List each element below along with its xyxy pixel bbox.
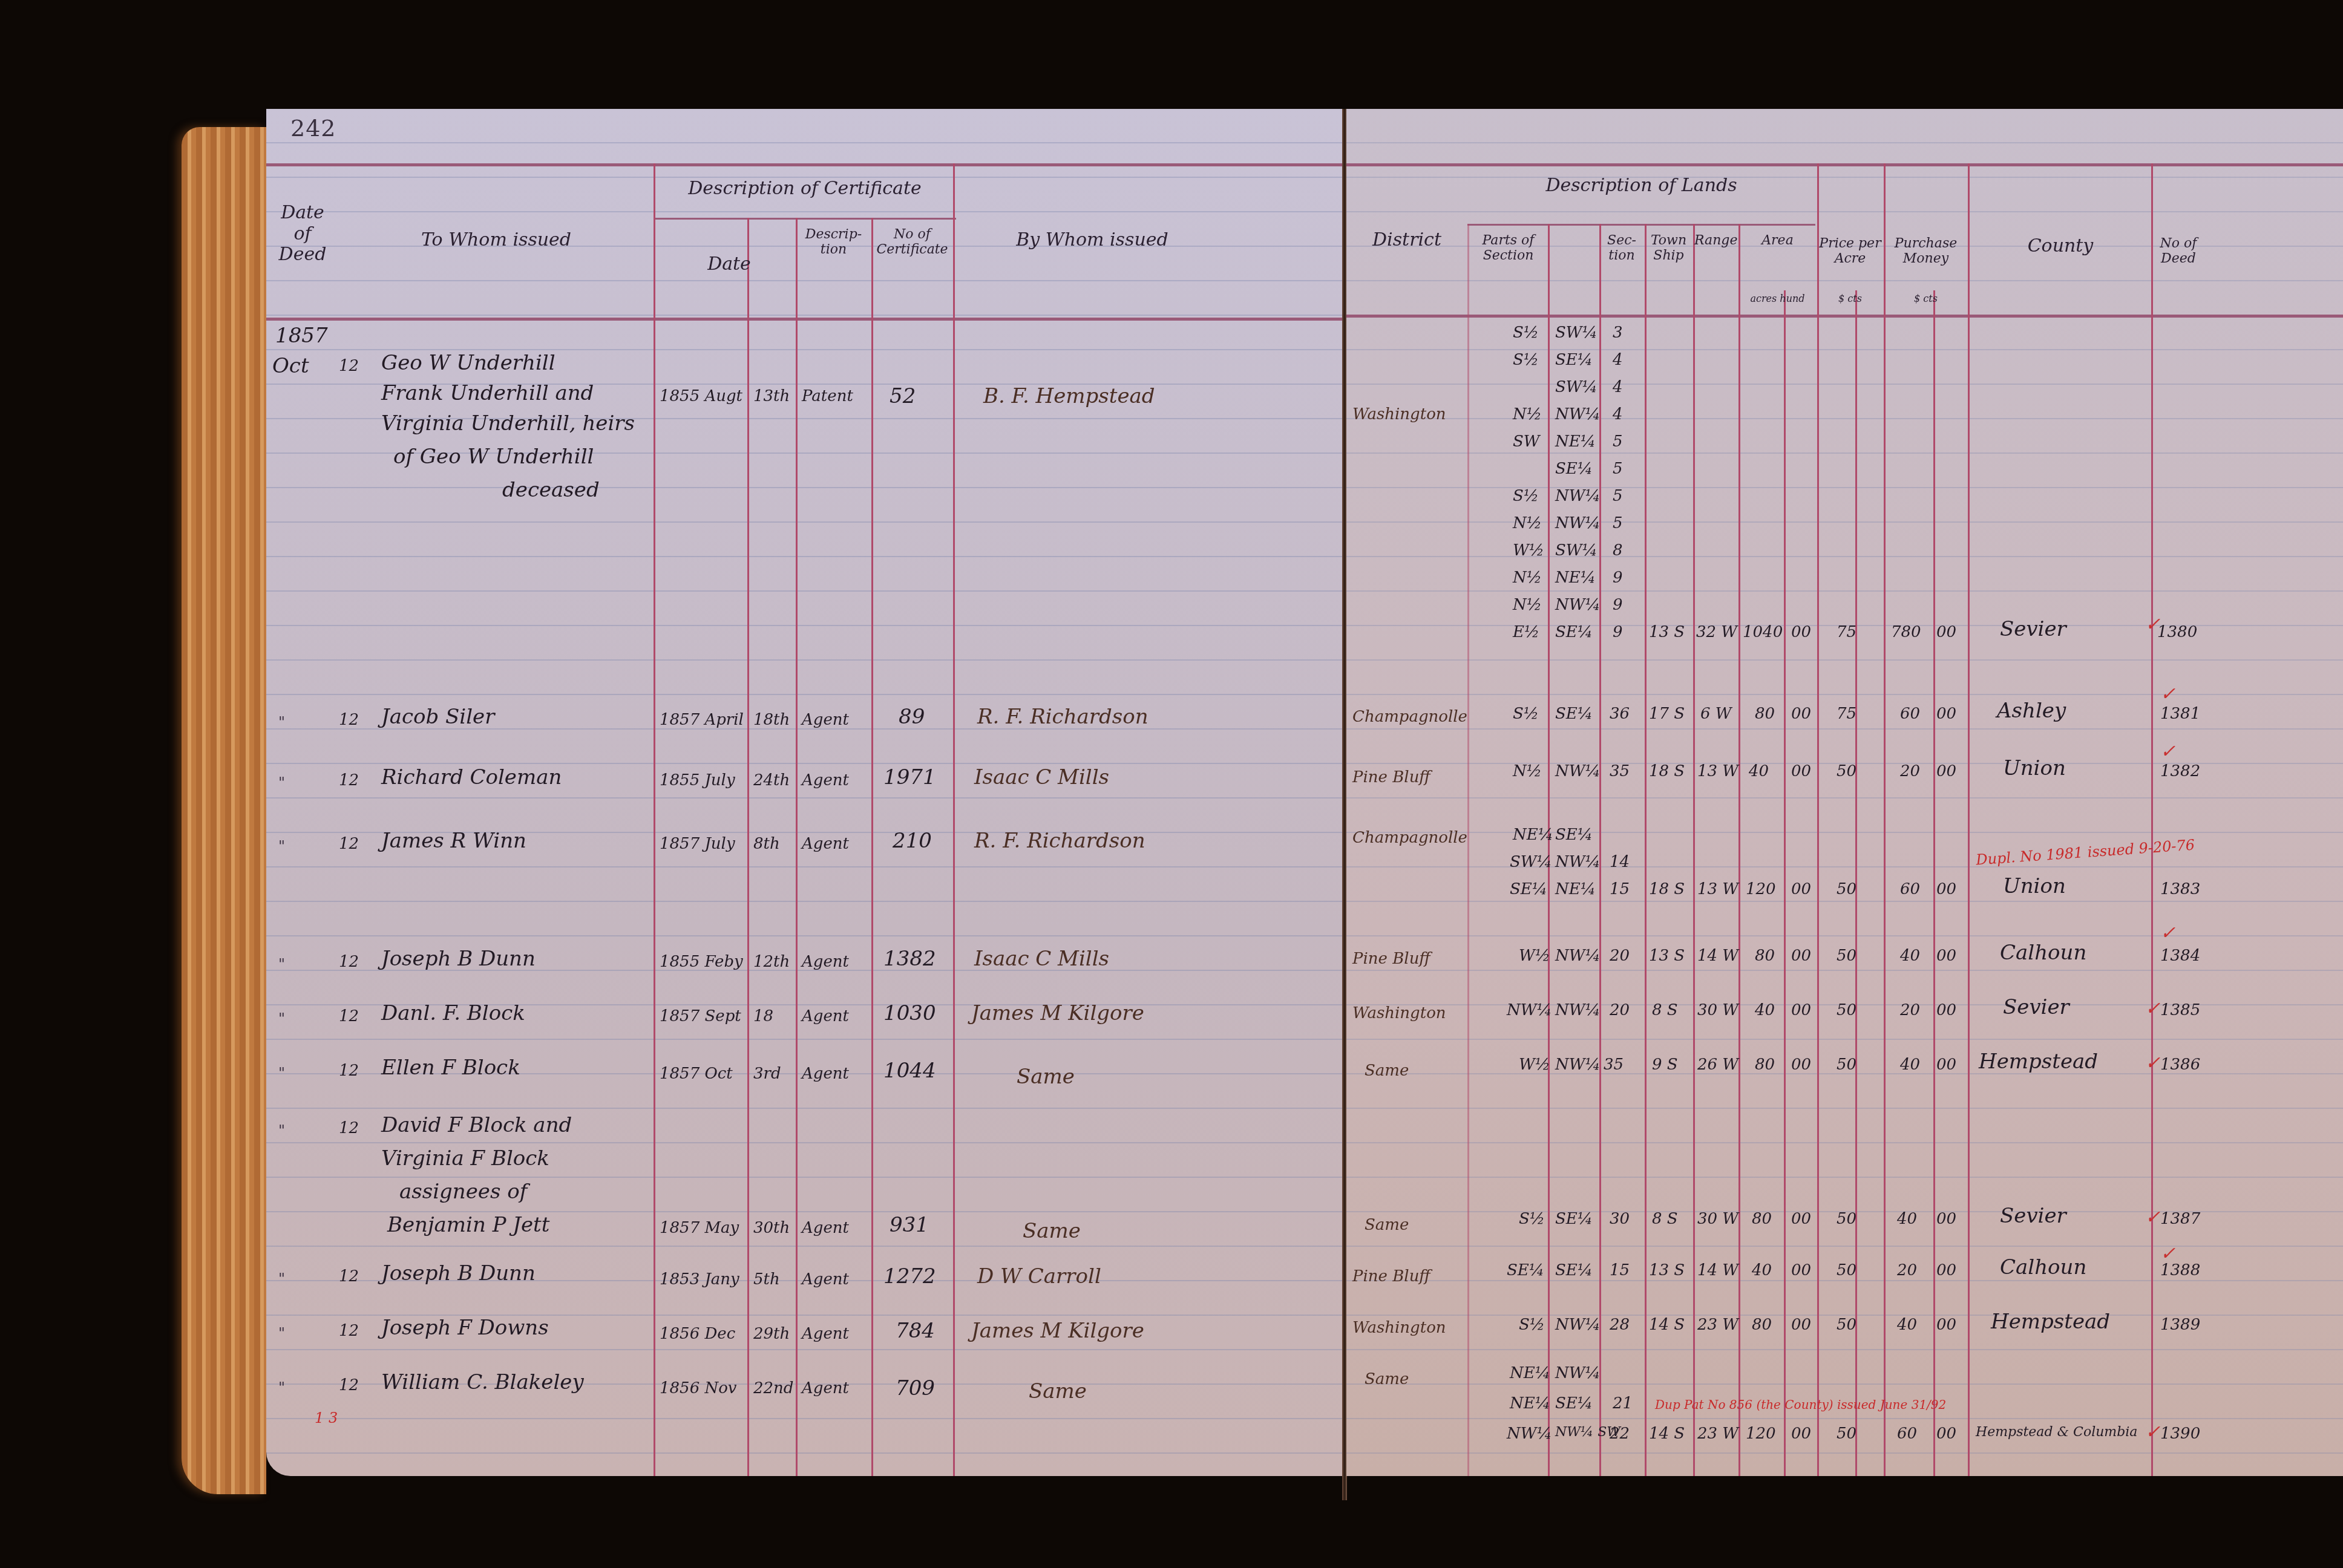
tract-township: 13 S xyxy=(1649,1261,1685,1279)
header-date: Date xyxy=(660,254,799,275)
certificate-number: 89 xyxy=(899,705,925,729)
tract-range: 14 W xyxy=(1697,1261,1738,1279)
deed-day: 12 xyxy=(339,1376,359,1394)
tract-part: NE¼ xyxy=(1510,1364,1550,1382)
purchase-money-cents: 00 xyxy=(1936,1210,1956,1228)
certificate-date: 1855 Augt xyxy=(660,387,742,405)
tract-acres-hundredths: 00 xyxy=(1791,947,1811,965)
deed-number: 1389 xyxy=(2160,1316,2200,1334)
tract-part: NE¼ xyxy=(1510,1394,1550,1413)
tract-range: 13 W xyxy=(1697,762,1738,780)
deed-day: 12 xyxy=(339,357,359,375)
col-divider xyxy=(2151,163,2153,1476)
deed-number: 1386 xyxy=(2160,1056,2200,1074)
col-divider xyxy=(1693,224,1695,1476)
tract-section: 20 xyxy=(1610,1001,1630,1019)
tract-part: NW¼ xyxy=(1507,1001,1552,1019)
col-divider xyxy=(1933,290,1935,1476)
purchase-money: 40 xyxy=(1897,1316,1917,1334)
tract-part: S½ xyxy=(1519,1210,1545,1228)
grantee-name: Danl. F. Block xyxy=(381,1001,525,1025)
tract-subdivision: NW¼ xyxy=(1555,514,1601,532)
tract-subdivision: SW¼ xyxy=(1555,541,1597,560)
tract-acres: 120 xyxy=(1746,1425,1776,1443)
tract-part: N½ xyxy=(1513,514,1542,532)
county: Sevier xyxy=(2000,1204,2066,1228)
margin-red-note: 1 3 xyxy=(315,1410,338,1426)
price-per-acre: 50 xyxy=(1837,762,1856,780)
header-description-lands: Description of Lands xyxy=(1467,175,1815,197)
county: Hempstead xyxy=(1979,1050,2098,1074)
tract-subdivision: NE¼ xyxy=(1555,433,1596,451)
tract-subdivision: SE¼ xyxy=(1555,351,1593,369)
tract-acres: 80 xyxy=(1755,705,1775,723)
tract-range: 30 W xyxy=(1697,1210,1738,1228)
certificate-description: Agent xyxy=(802,1007,849,1025)
district: Pine Bluff xyxy=(1352,768,1430,786)
tract-acres-hundredths: 00 xyxy=(1791,1261,1811,1279)
tract-township: 14 S xyxy=(1649,1316,1685,1334)
header-rule-top xyxy=(266,163,1343,166)
deed-day: 12 xyxy=(339,1007,359,1025)
grantee-name: Jacob Siler xyxy=(381,705,494,729)
price-per-acre: 50 xyxy=(1837,1056,1856,1074)
price-per-acre: 50 xyxy=(1837,1425,1856,1443)
purchase-money: 40 xyxy=(1900,947,1920,965)
tract-section: 28 xyxy=(1610,1316,1630,1334)
tract-range: 30 W xyxy=(1697,1001,1738,1019)
col-divider xyxy=(1645,224,1647,1476)
month: Oct xyxy=(272,354,309,378)
county: Sevier xyxy=(2003,995,2069,1019)
purchase-money: 60 xyxy=(1900,705,1920,723)
certificate-day: 8th xyxy=(753,835,780,853)
tract-section: 20 xyxy=(1610,947,1630,965)
district: Washington xyxy=(1352,1319,1446,1337)
tract-part: S½ xyxy=(1513,351,1539,369)
certificate-description: Agent xyxy=(802,1325,849,1343)
purchase-money: 60 xyxy=(1900,880,1920,898)
certificate-description: Agent xyxy=(802,1065,849,1083)
header-purchase-money: Purchase Money xyxy=(1885,236,1967,267)
tract-section: 36 xyxy=(1610,705,1630,723)
certificate-description: Agent xyxy=(802,953,849,971)
issued-by: R. F. Richardson xyxy=(977,705,1149,729)
tract-acres: 120 xyxy=(1746,880,1776,898)
deed-number: 1384 xyxy=(2160,947,2200,965)
tract-section: 8 xyxy=(1613,541,1623,560)
tract-part: W½ xyxy=(1519,1056,1550,1074)
certificate-date: 1857 Sept xyxy=(660,1007,741,1025)
red-annotation-duplicate-patent: Dup Pat No 856 (the County) issued June … xyxy=(1655,1397,1946,1412)
tract-part: NE¼ xyxy=(1513,826,1553,844)
grantee-name: of Geo W Underhill xyxy=(393,445,594,469)
tract-section: 15 xyxy=(1610,880,1630,898)
certificate-date: 1856 Nov xyxy=(660,1379,737,1397)
tract-part: NW¼ xyxy=(1507,1425,1552,1443)
deed-day: 12 xyxy=(339,1322,359,1340)
col-divider xyxy=(953,163,955,1476)
tract-subdivision: SE¼ xyxy=(1555,623,1593,641)
tract-subdivision: SW¼ xyxy=(1555,378,1597,396)
tract-subdivision: NE¼ xyxy=(1555,569,1596,587)
tract-section: 22 xyxy=(1610,1425,1630,1443)
tract-section: 5 xyxy=(1613,433,1623,451)
tract-part: S½ xyxy=(1519,1316,1545,1334)
deed-day: 12 xyxy=(339,1267,359,1285)
tract-subdivision: NW¼ xyxy=(1555,762,1601,780)
tract-part: N½ xyxy=(1513,596,1542,614)
purchase-money-cents: 00 xyxy=(1936,762,1956,780)
deed-number: 1380 xyxy=(2157,623,2197,641)
tract-section: 5 xyxy=(1613,460,1623,478)
county: Sevier xyxy=(2000,617,2066,641)
ledger-page-left: 242 Date of Deed To Whom issued Descript… xyxy=(266,109,1343,1476)
tract-section: 35 xyxy=(1610,762,1630,780)
open-ledger-book: 242 Date of Deed To Whom issued Descript… xyxy=(182,109,2160,1506)
tract-range: 23 W xyxy=(1697,1316,1738,1334)
tract-township: 18 S xyxy=(1649,880,1685,898)
deed-day: 12 xyxy=(339,1062,359,1080)
col-divider xyxy=(1548,224,1550,1476)
tract-subdivision: SE¼ xyxy=(1555,1210,1593,1228)
purchase-money-cents: 00 xyxy=(1936,1001,1956,1019)
header-rule-top xyxy=(1346,163,2343,166)
header-description: Descrip-tion xyxy=(799,227,868,258)
district: Champagnolle xyxy=(1352,708,1467,726)
deed-number: 1381 xyxy=(2160,705,2200,723)
certificate-number: 1272 xyxy=(883,1264,936,1289)
purchase-money-cents: 00 xyxy=(1936,1056,1956,1074)
tract-section: 4 xyxy=(1613,405,1623,423)
district: Same xyxy=(1365,1216,1409,1234)
issued-by: James M Kilgore xyxy=(971,1001,1144,1025)
purchase-money-cents: 00 xyxy=(1936,1316,1956,1334)
district: Pine Bluff xyxy=(1352,950,1430,968)
certificate-number: 784 xyxy=(896,1319,935,1343)
tract-acres: 40 xyxy=(1749,762,1769,780)
certificate-date: 1857 May xyxy=(660,1219,739,1237)
issued-by: Isaac C Mills xyxy=(974,947,1109,971)
tract-part: N½ xyxy=(1513,762,1542,780)
certificate-date: 1853 Jany xyxy=(660,1270,739,1289)
tract-part: E½ xyxy=(1513,623,1539,641)
grantee-name: Benjamin P Jett xyxy=(387,1213,549,1237)
price-per-acre: 75 xyxy=(1837,705,1856,723)
col-divider xyxy=(796,218,798,1476)
check-mark-icon: ✓ xyxy=(2160,1243,2175,1264)
tract-range: 23 W xyxy=(1697,1425,1738,1443)
tract-acres-hundredths: 00 xyxy=(1791,1210,1811,1228)
header-area: Area xyxy=(1740,233,1815,248)
header-no-of-deed: No of Deed xyxy=(2154,236,2203,267)
header-section: Sec-tion xyxy=(1601,233,1643,264)
certificate-number: 1971 xyxy=(883,765,936,789)
certificate-date: 1855 Feby xyxy=(660,953,743,971)
check-mark-icon: ✓ xyxy=(2145,1422,2160,1443)
tract-subdivision: SE¼ xyxy=(1555,826,1593,844)
certificate-day: 5th xyxy=(753,1270,780,1289)
tract-section: 5 xyxy=(1613,487,1623,505)
tract-township: 8 S xyxy=(1652,1001,1678,1019)
page-number-left: 242 xyxy=(290,115,336,142)
tract-subdivision: NE¼ xyxy=(1555,880,1596,898)
purchase-money-cents: 00 xyxy=(1936,705,1956,723)
grantee-name: James R Winn xyxy=(381,829,526,853)
tract-section: 30 xyxy=(1610,1210,1630,1228)
issued-by: R. F. Richardson xyxy=(974,829,1145,853)
header-area-units: acres hund xyxy=(1740,293,1815,304)
certificate-day: 22nd xyxy=(753,1379,793,1397)
price-per-acre: 50 xyxy=(1837,947,1856,965)
tract-acres-hundredths: 00 xyxy=(1791,1316,1811,1334)
tract-township: 14 S xyxy=(1649,1425,1685,1443)
tract-section: 9 xyxy=(1613,623,1623,641)
tract-township: 17 S xyxy=(1649,705,1685,723)
certificate-day: 13th xyxy=(753,387,790,405)
col-divider xyxy=(654,163,655,1476)
tract-acres: 40 xyxy=(1752,1261,1772,1279)
grantee-name: William C. Blakeley xyxy=(381,1370,584,1394)
tract-range: 26 W xyxy=(1697,1056,1738,1074)
grantee-name: Joseph B Dunn xyxy=(381,947,536,971)
certificate-description: Agent xyxy=(802,1219,849,1237)
col-divider xyxy=(1968,163,1970,1476)
col-divider xyxy=(1884,163,1886,1476)
tract-acres-hundredths: 00 xyxy=(1791,1425,1811,1443)
red-annotation-duplicate: Dupl. No 1981 issued 9-20-76 xyxy=(1975,836,2195,868)
certificate-day: 29th xyxy=(753,1325,790,1343)
tract-section: 35 xyxy=(1604,1056,1624,1074)
certificate-description: Patent xyxy=(802,387,853,405)
tract-subdivision: NW¼ xyxy=(1555,487,1601,505)
header-to-whom-issued: To Whom issued xyxy=(381,230,611,251)
certificate-number: 210 xyxy=(893,829,932,853)
issued-by: B. F. Hempstead xyxy=(983,384,1155,408)
tract-acres-hundredths: 00 xyxy=(1791,705,1811,723)
tract-township: 8 S xyxy=(1652,1210,1678,1228)
header-county: County xyxy=(1970,236,2151,257)
tract-township: 13 S xyxy=(1649,623,1685,641)
deed-day: 12 xyxy=(339,953,359,971)
tract-section: 4 xyxy=(1613,378,1623,396)
header-district: District xyxy=(1349,230,1464,251)
header-no-of-certificate: No of Certificate xyxy=(874,227,950,258)
certificate-number: 52 xyxy=(890,384,916,408)
deed-day: 12 xyxy=(339,711,359,729)
tract-subdivision: NW¼ xyxy=(1555,1316,1601,1334)
tract-section: 5 xyxy=(1613,514,1623,532)
purchase-money-cents: 00 xyxy=(1936,623,1956,641)
certificate-day: 3rd xyxy=(753,1065,781,1083)
tract-section: 3 xyxy=(1613,324,1623,342)
issued-by: Same xyxy=(1029,1379,1087,1403)
certificate-day: 12th xyxy=(753,953,790,971)
tract-acres-hundredths: 00 xyxy=(1791,1001,1811,1019)
certificate-number: 1382 xyxy=(883,947,936,971)
certificate-day: 18 xyxy=(753,1007,773,1025)
tract-acres: 40 xyxy=(1755,1001,1775,1019)
tract-range: 13 W xyxy=(1697,880,1738,898)
tract-acres: 80 xyxy=(1755,1056,1775,1074)
tract-acres-hundredths: 00 xyxy=(1791,880,1811,898)
deed-day: 12 xyxy=(339,835,359,853)
issued-by: James M Kilgore xyxy=(971,1319,1144,1343)
issued-by: Same xyxy=(1023,1219,1081,1243)
tract-township: 9 S xyxy=(1652,1056,1678,1074)
tract-subdivision: NW¼ xyxy=(1555,405,1601,423)
certificate-number: 709 xyxy=(896,1376,935,1400)
district: Champagnolle xyxy=(1352,829,1467,847)
certificate-description: Agent xyxy=(802,711,849,729)
price-per-acre: 50 xyxy=(1837,880,1856,898)
certificate-date: 1857 April xyxy=(660,711,744,729)
header-description-certificate: Description of Certificate xyxy=(660,178,950,200)
county: Hempstead xyxy=(1991,1310,2110,1334)
tract-subdivision: NW¼ xyxy=(1555,1001,1601,1019)
col-divider xyxy=(871,218,873,1476)
certificate-day: 30th xyxy=(753,1219,790,1237)
purchase-money: 20 xyxy=(1897,1261,1917,1279)
grantee-name: Virginia F Block xyxy=(381,1146,549,1171)
county: Union xyxy=(2003,874,2066,898)
page-edges-left xyxy=(182,127,266,1494)
tract-subdivision: NW¼ xyxy=(1555,1364,1601,1382)
purchase-money-cents: 00 xyxy=(1936,947,1956,965)
purchase-money: 20 xyxy=(1900,1001,1920,1019)
certificate-number: 1044 xyxy=(883,1059,936,1083)
deed-number: 1382 xyxy=(2160,762,2200,780)
price-per-acre: 50 xyxy=(1837,1001,1856,1019)
grantee-name: Ellen F Block xyxy=(381,1056,520,1080)
tract-acres-hundredths: 00 xyxy=(1791,1056,1811,1074)
tract-range: 14 W xyxy=(1697,947,1738,965)
tract-section: 14 xyxy=(1610,853,1630,871)
ledger-page-right: 243 Description of Lands District Parts … xyxy=(1346,109,2343,1476)
purchase-money: 60 xyxy=(1897,1425,1917,1443)
tract-part: SE¼ xyxy=(1510,880,1547,898)
deed-number: 1387 xyxy=(2160,1210,2200,1228)
grantee-name: David F Block and xyxy=(381,1113,572,1137)
price-per-acre: 75 xyxy=(1837,623,1856,641)
district: Washington xyxy=(1352,405,1446,423)
tract-township: 13 S xyxy=(1649,947,1685,965)
issued-by: D W Carroll xyxy=(977,1264,1101,1289)
deed-day: 12 xyxy=(339,1119,359,1137)
price-per-acre: 50 xyxy=(1837,1261,1856,1279)
header-rule-bottom xyxy=(266,318,1343,321)
header-rule-bottom xyxy=(1346,315,2343,318)
tract-section: 4 xyxy=(1613,351,1623,369)
tract-part: SW¼ xyxy=(1510,853,1552,871)
price-per-acre: 50 xyxy=(1837,1210,1856,1228)
issued-by: Isaac C Mills xyxy=(974,765,1109,789)
header-rule-lands xyxy=(1467,224,1815,226)
grantee-name: Joseph F Downs xyxy=(381,1316,549,1340)
county: Calhoun xyxy=(2000,1255,2086,1279)
col-divider xyxy=(1467,224,1469,1476)
tract-subdivision: NW¼ xyxy=(1555,947,1601,965)
tract-part: SW xyxy=(1513,433,1540,451)
tract-acres: 1040 xyxy=(1743,623,1783,641)
purchase-money: 20 xyxy=(1900,762,1920,780)
tract-acres-hundredths: 00 xyxy=(1791,623,1811,641)
certificate-day: 18th xyxy=(753,711,790,729)
check-mark-icon: ✓ xyxy=(2145,614,2160,635)
tract-part: SE¼ xyxy=(1507,1261,1544,1279)
col-divider xyxy=(747,218,749,1476)
purchase-money-cents: 00 xyxy=(1936,880,1956,898)
grantee-name: Virginia Underhill, heirs xyxy=(381,411,635,436)
header-township: Town Ship xyxy=(1646,233,1691,264)
grantee-name: assignees of xyxy=(399,1180,527,1204)
tract-part: W½ xyxy=(1519,947,1550,965)
tract-acres: 80 xyxy=(1752,1316,1772,1334)
purchase-money: 780 xyxy=(1891,623,1921,641)
certificate-date: 1856 Dec xyxy=(660,1325,735,1343)
tract-subdivision: SE¼ xyxy=(1555,1261,1593,1279)
district: Washington xyxy=(1352,1004,1446,1022)
header-rule-certificate xyxy=(654,218,956,220)
tract-subdivision: NW¼ xyxy=(1555,596,1601,614)
tract-section: 9 xyxy=(1613,569,1623,587)
col-divider xyxy=(1784,290,1786,1476)
district: Same xyxy=(1365,1370,1409,1388)
header-price-per-acre: Price per Acre xyxy=(1818,236,1882,267)
tract-acres-hundredths: 00 xyxy=(1791,762,1811,780)
price-per-acre: 50 xyxy=(1837,1316,1856,1334)
tract-section: 15 xyxy=(1610,1261,1630,1279)
header-parts-of-section: Parts of Section xyxy=(1470,233,1546,264)
grantee-name: Geo W Underhill xyxy=(381,351,555,375)
certificate-date: 1855 July xyxy=(660,771,735,789)
grantee-name: Joseph B Dunn xyxy=(381,1261,536,1285)
grantee-name: deceased xyxy=(502,478,600,502)
district: Pine Bluff xyxy=(1352,1267,1430,1285)
check-mark-icon: ✓ xyxy=(2160,923,2175,944)
tract-subdivision: NW¼ xyxy=(1555,1056,1601,1074)
certificate-description: Agent xyxy=(802,771,849,789)
check-mark-icon: ✓ xyxy=(2160,741,2175,762)
tract-part: N½ xyxy=(1513,405,1542,423)
deed-number: 1385 xyxy=(2160,1001,2200,1019)
tract-township: 18 S xyxy=(1649,762,1685,780)
tract-part: W½ xyxy=(1513,541,1544,560)
header-date-of-deed: Date of Deed xyxy=(269,203,336,266)
grantee-name: Richard Coleman xyxy=(381,765,562,789)
certificate-day: 24th xyxy=(753,771,790,789)
grantee-name: Frank Underhill and xyxy=(381,381,594,405)
purchase-money: 40 xyxy=(1897,1210,1917,1228)
header-by-whom-issued: By Whom issued xyxy=(962,230,1222,251)
header-money-units: $ cts xyxy=(1885,293,1967,304)
deed-number: 1383 xyxy=(2160,880,2200,898)
tract-section: 21 xyxy=(1613,1394,1633,1413)
certificate-description: Agent xyxy=(802,1270,849,1289)
district: Same xyxy=(1365,1062,1409,1080)
header-range: Range xyxy=(1694,233,1737,248)
tract-section: 9 xyxy=(1613,596,1623,614)
certificate-description: Agent xyxy=(802,1379,849,1397)
tract-subdivision: SE¼ xyxy=(1555,1394,1593,1413)
check-mark-icon: ✓ xyxy=(2160,684,2175,705)
county: Union xyxy=(2003,756,2066,780)
certificate-date: 1857 Oct xyxy=(660,1065,733,1083)
issued-by: Same xyxy=(1017,1065,1075,1089)
tract-acres: 80 xyxy=(1755,947,1775,965)
purchase-money-cents: 00 xyxy=(1936,1425,1956,1443)
tract-acres: 80 xyxy=(1752,1210,1772,1228)
